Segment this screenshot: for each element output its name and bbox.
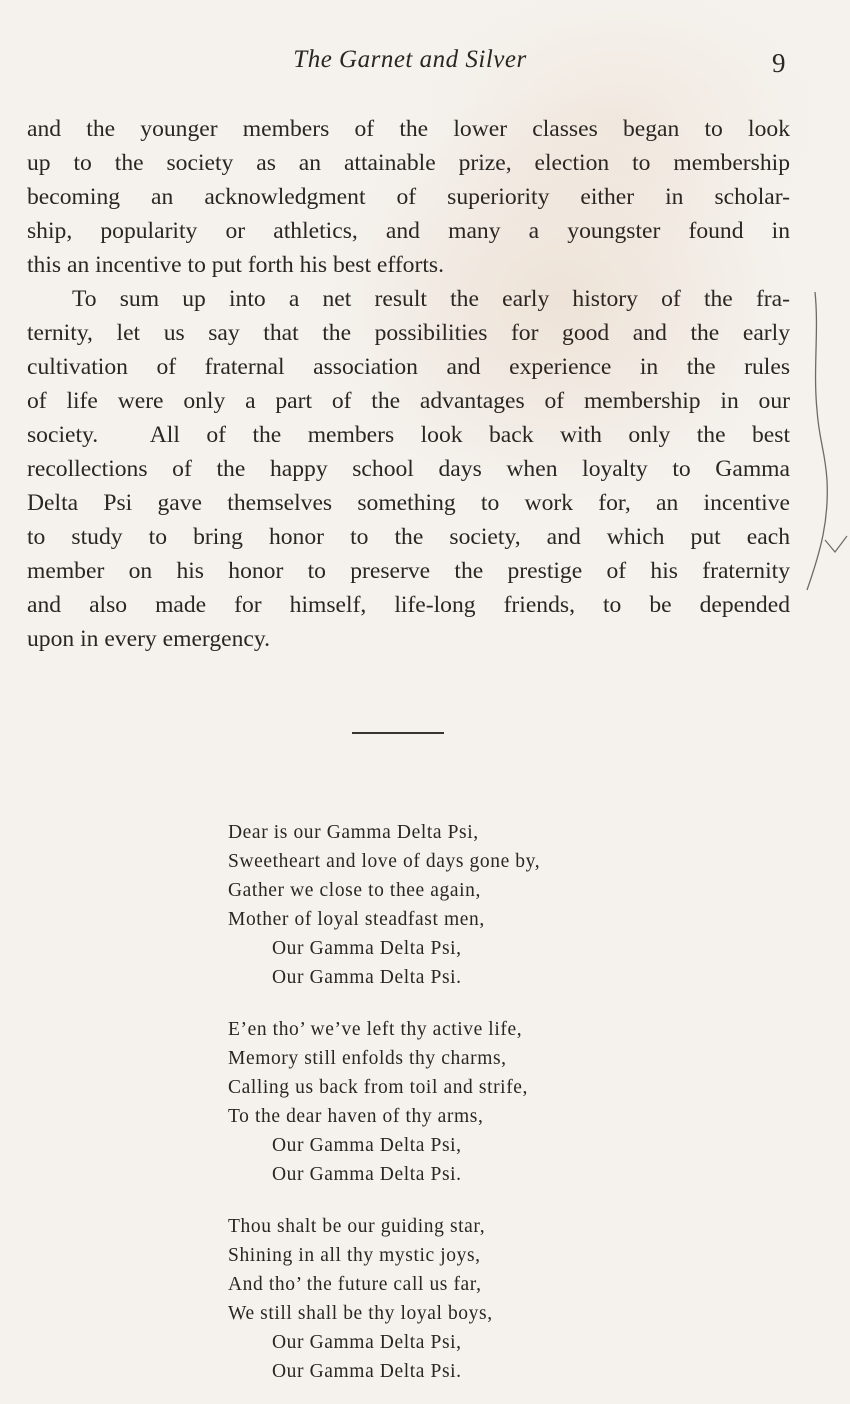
text-line: ship, popularity or athletics, and many …	[27, 214, 790, 248]
verse-line: Thou shalt be our guiding star,	[228, 1212, 540, 1241]
verse-line: Gather we close to thee again,	[228, 876, 540, 905]
verse-line: Sweetheart and love of days gone by,	[228, 847, 540, 876]
scanned-page: The Garnet and Silver 9 and the younger …	[0, 0, 850, 1404]
refrain-line: Our Gamma Delta Psi.	[228, 1357, 540, 1386]
paragraph-2: To sum up into a net result the early hi…	[27, 282, 790, 656]
refrain-line: Our Gamma Delta Psi.	[228, 963, 540, 992]
text-line: recollections of the happy school days w…	[27, 452, 790, 486]
verse-line: To the dear haven of thy arms,	[228, 1102, 540, 1131]
text-line: becoming an acknowledgment of superiorit…	[27, 180, 790, 214]
text-line: ternity, let us say that the possibiliti…	[27, 316, 790, 350]
paragraph-1: and the younger members of the lower cla…	[27, 112, 790, 282]
refrain-line: Our Gamma Delta Psi,	[228, 1131, 540, 1160]
text-line: cultivation of fraternal association and…	[27, 350, 790, 384]
running-title: The Garnet and Silver	[0, 46, 820, 74]
text-line: up to the society as an attainable prize…	[27, 146, 790, 180]
stanza-3: Thou shalt be our guiding star, Shining …	[228, 1212, 540, 1386]
text-line: this an incentive to put forth his best …	[27, 248, 790, 282]
refrain-line: Our Gamma Delta Psi,	[228, 1328, 540, 1357]
poem: Dear is our Gamma Delta Psi, Sweetheart …	[228, 818, 540, 1404]
refrain-line: Our Gamma Delta Psi,	[228, 934, 540, 963]
text-line: member on his honor to preserve the pres…	[27, 554, 790, 588]
pencil-margin-mark	[795, 290, 850, 610]
refrain-line: Our Gamma Delta Psi.	[228, 1160, 540, 1189]
verse-line: And tho’ the future call us far,	[228, 1270, 540, 1299]
verse-line: E’en tho’ we’ve left thy active life,	[228, 1015, 540, 1044]
verse-line: Memory still enfolds thy charms,	[228, 1044, 540, 1073]
text-line: upon in every emergency.	[27, 622, 790, 656]
text-line: and also made for himself, life-long fri…	[27, 588, 790, 622]
prose-body: and the younger members of the lower cla…	[27, 112, 790, 656]
text-line: To sum up into a net result the early hi…	[27, 282, 790, 316]
running-head: The Garnet and Silver 9	[0, 44, 850, 84]
verse-line: Calling us back from toil and strife,	[228, 1073, 540, 1102]
verse-line: Dear is our Gamma Delta Psi,	[228, 818, 540, 847]
verse-line: Mother of loyal steadfast men,	[228, 905, 540, 934]
text-line: Delta Psi gave themselves something to w…	[27, 486, 790, 520]
stanza-2: E’en tho’ we’ve left thy active life, Me…	[228, 1015, 540, 1189]
page-number: 9	[772, 48, 786, 79]
section-divider	[352, 732, 444, 734]
text-line: to study to bring honor to the society, …	[27, 520, 790, 554]
verse-line: Shining in all thy mystic joys,	[228, 1241, 540, 1270]
text-line: society. All of the members look back wi…	[27, 418, 790, 452]
text-line: and the younger members of the lower cla…	[27, 112, 790, 146]
text-line: of life were only a part of the advantag…	[27, 384, 790, 418]
stanza-1: Dear is our Gamma Delta Psi, Sweetheart …	[228, 818, 540, 992]
verse-line: We still shall be thy loyal boys,	[228, 1299, 540, 1328]
